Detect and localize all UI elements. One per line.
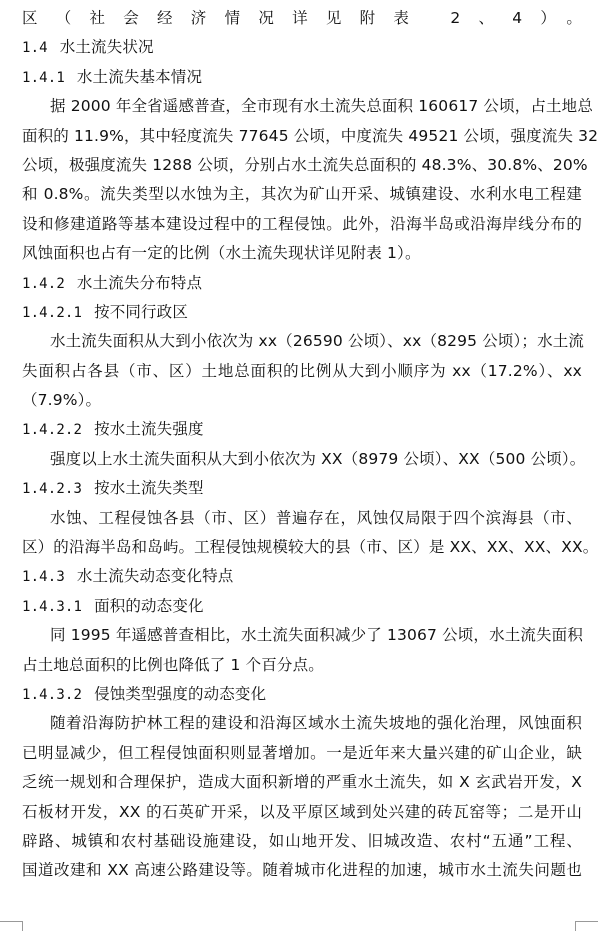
paragraph-line: 面积的 11.9%，其中轻度流失 77645 公顷，中度流失 49521 公顷，…	[22, 122, 582, 151]
paragraph-line: （7.9%）。	[22, 386, 582, 415]
paragraph-line: 区（社会经济情况详见附表 2、4）。	[22, 4, 582, 33]
section-title: 侵蚀类型强度的动态变化	[94, 685, 266, 703]
section-number: 1.4.3.2	[22, 681, 82, 710]
section-title: 按不同行政区	[94, 303, 188, 321]
section-heading-1-4-2: 1.4.2水土流失分布特点	[22, 269, 582, 298]
section-number: 1.4.2.3	[22, 475, 82, 504]
section-title: 水土流失分布特点	[77, 274, 202, 292]
section-heading-1-4-3-1: 1.4.3.1面积的动态变化	[22, 592, 582, 621]
paragraph-line: 石板材开发，XX 的石英矿开采，以及平原区域到处兴建的砖瓦窑等；二是开山	[22, 798, 582, 827]
section-title: 按水土流失类型	[94, 479, 204, 497]
paragraph-line: 风蚀面积也占有一定的比例（水土流失现状详见附表 1）。	[22, 239, 582, 268]
paragraph-line: 区）的沿海半岛和岛屿。工程侵蚀规模较大的县（市、区）是 XX、XX、XX、XX。	[22, 533, 582, 562]
paragraph-line: 公顷，极强度流失 1288 公顷，分别占水土流失总面积的 48.3%、30.8%…	[22, 151, 582, 180]
section-heading-1-4-3-2: 1.4.3.2侵蚀类型强度的动态变化	[22, 680, 582, 709]
paragraph-line: 随着沿海防护林工程的建设和沿海区域水土流失坡地的强化治理，风蚀面积	[22, 709, 582, 738]
paragraph-line: 强度以上水土流失面积从大到小依次为 XX（8979 公顷）、XX（500 公顷）…	[22, 445, 582, 474]
page-corner-mark-right	[575, 921, 598, 931]
document-page: 区（社会经济情况详见附表 2、4）。 1.4水土流失状况 1.4.1水土流失基本…	[22, 4, 582, 886]
paragraph-line: 水土流失面积从大到小依次为 xx（26590 公顷）、xx（8295 公顷）；水…	[22, 327, 582, 356]
section-heading-1-4-2-2: 1.4.2.2按水土流失强度	[22, 415, 582, 444]
section-heading-1-4-3: 1.4.3水土流失动态变化特点	[22, 562, 582, 591]
paragraph-line: 同 1995 年遥感普查相比，水土流失面积减少了 13067 公顷，水土流失面积	[22, 621, 582, 650]
section-number: 1.4.2.2	[22, 416, 82, 445]
section-number: 1.4.3	[22, 563, 65, 592]
page-corner-mark-left	[0, 921, 23, 931]
section-number: 1.4.2.1	[22, 299, 82, 328]
section-title: 水土流失动态变化特点	[77, 567, 234, 585]
section-number: 1.4.3.1	[22, 593, 82, 622]
paragraph-line: 辟路、城镇和农村基础设施建设，如山地开发、旧城改造、农村“五通”工程、	[22, 827, 582, 856]
section-title: 水土流失基本情况	[77, 68, 202, 86]
section-title: 面积的动态变化	[94, 597, 204, 615]
section-heading-1-4-1: 1.4.1水土流失基本情况	[22, 63, 582, 92]
section-title: 按水土流失强度	[94, 420, 204, 438]
section-number: 1.4.2	[22, 270, 65, 299]
paragraph-line: 乏统一规划和合理保护，造成大面积新增的严重水土流失，如 X 玄武岩开发，X	[22, 768, 582, 797]
section-heading-1-4-2-1: 1.4.2.1按不同行政区	[22, 298, 582, 327]
section-title: 水土流失状况	[60, 38, 154, 56]
paragraph-line: 水蚀、工程侵蚀各县（市、区）普遍存在，风蚀仅局限于四个滨海县（市、	[22, 504, 582, 533]
section-heading-1-4: 1.4水土流失状况	[22, 33, 582, 62]
section-number: 1.4	[22, 34, 48, 63]
paragraph-line: 和 0.8%。流失类型以水蚀为主，其次为矿山开采、城镇建设、水利水电工程建	[22, 180, 582, 209]
paragraph-line: 占土地总面积的比例也降低了 1 个百分点。	[22, 651, 582, 680]
paragraph-line: 设和修建道路等基本建设过程中的工程侵蚀。此外，沿海半岛或沿海岸线分布的	[22, 210, 582, 239]
section-heading-1-4-2-3: 1.4.2.3按水土流失类型	[22, 474, 582, 503]
section-number: 1.4.1	[22, 64, 65, 93]
paragraph-line: 国道改建和 XX 高速公路建设等。随着城市化进程的加速，城市水土流失问题也	[22, 856, 582, 885]
paragraph-line: 据 2000 年全省遥感普查，全市现有水土流失总面积 160617 公顷，占土地…	[22, 92, 582, 121]
paragraph-line: 失面积占各县（市、区）土地总面积的比例从大到小顺序为 xx（17.2%）、xx	[22, 357, 582, 386]
paragraph-line: 已明显减少，但工程侵蚀面积则显著增加。一是近年来大量兴建的矿山企业，缺	[22, 739, 582, 768]
